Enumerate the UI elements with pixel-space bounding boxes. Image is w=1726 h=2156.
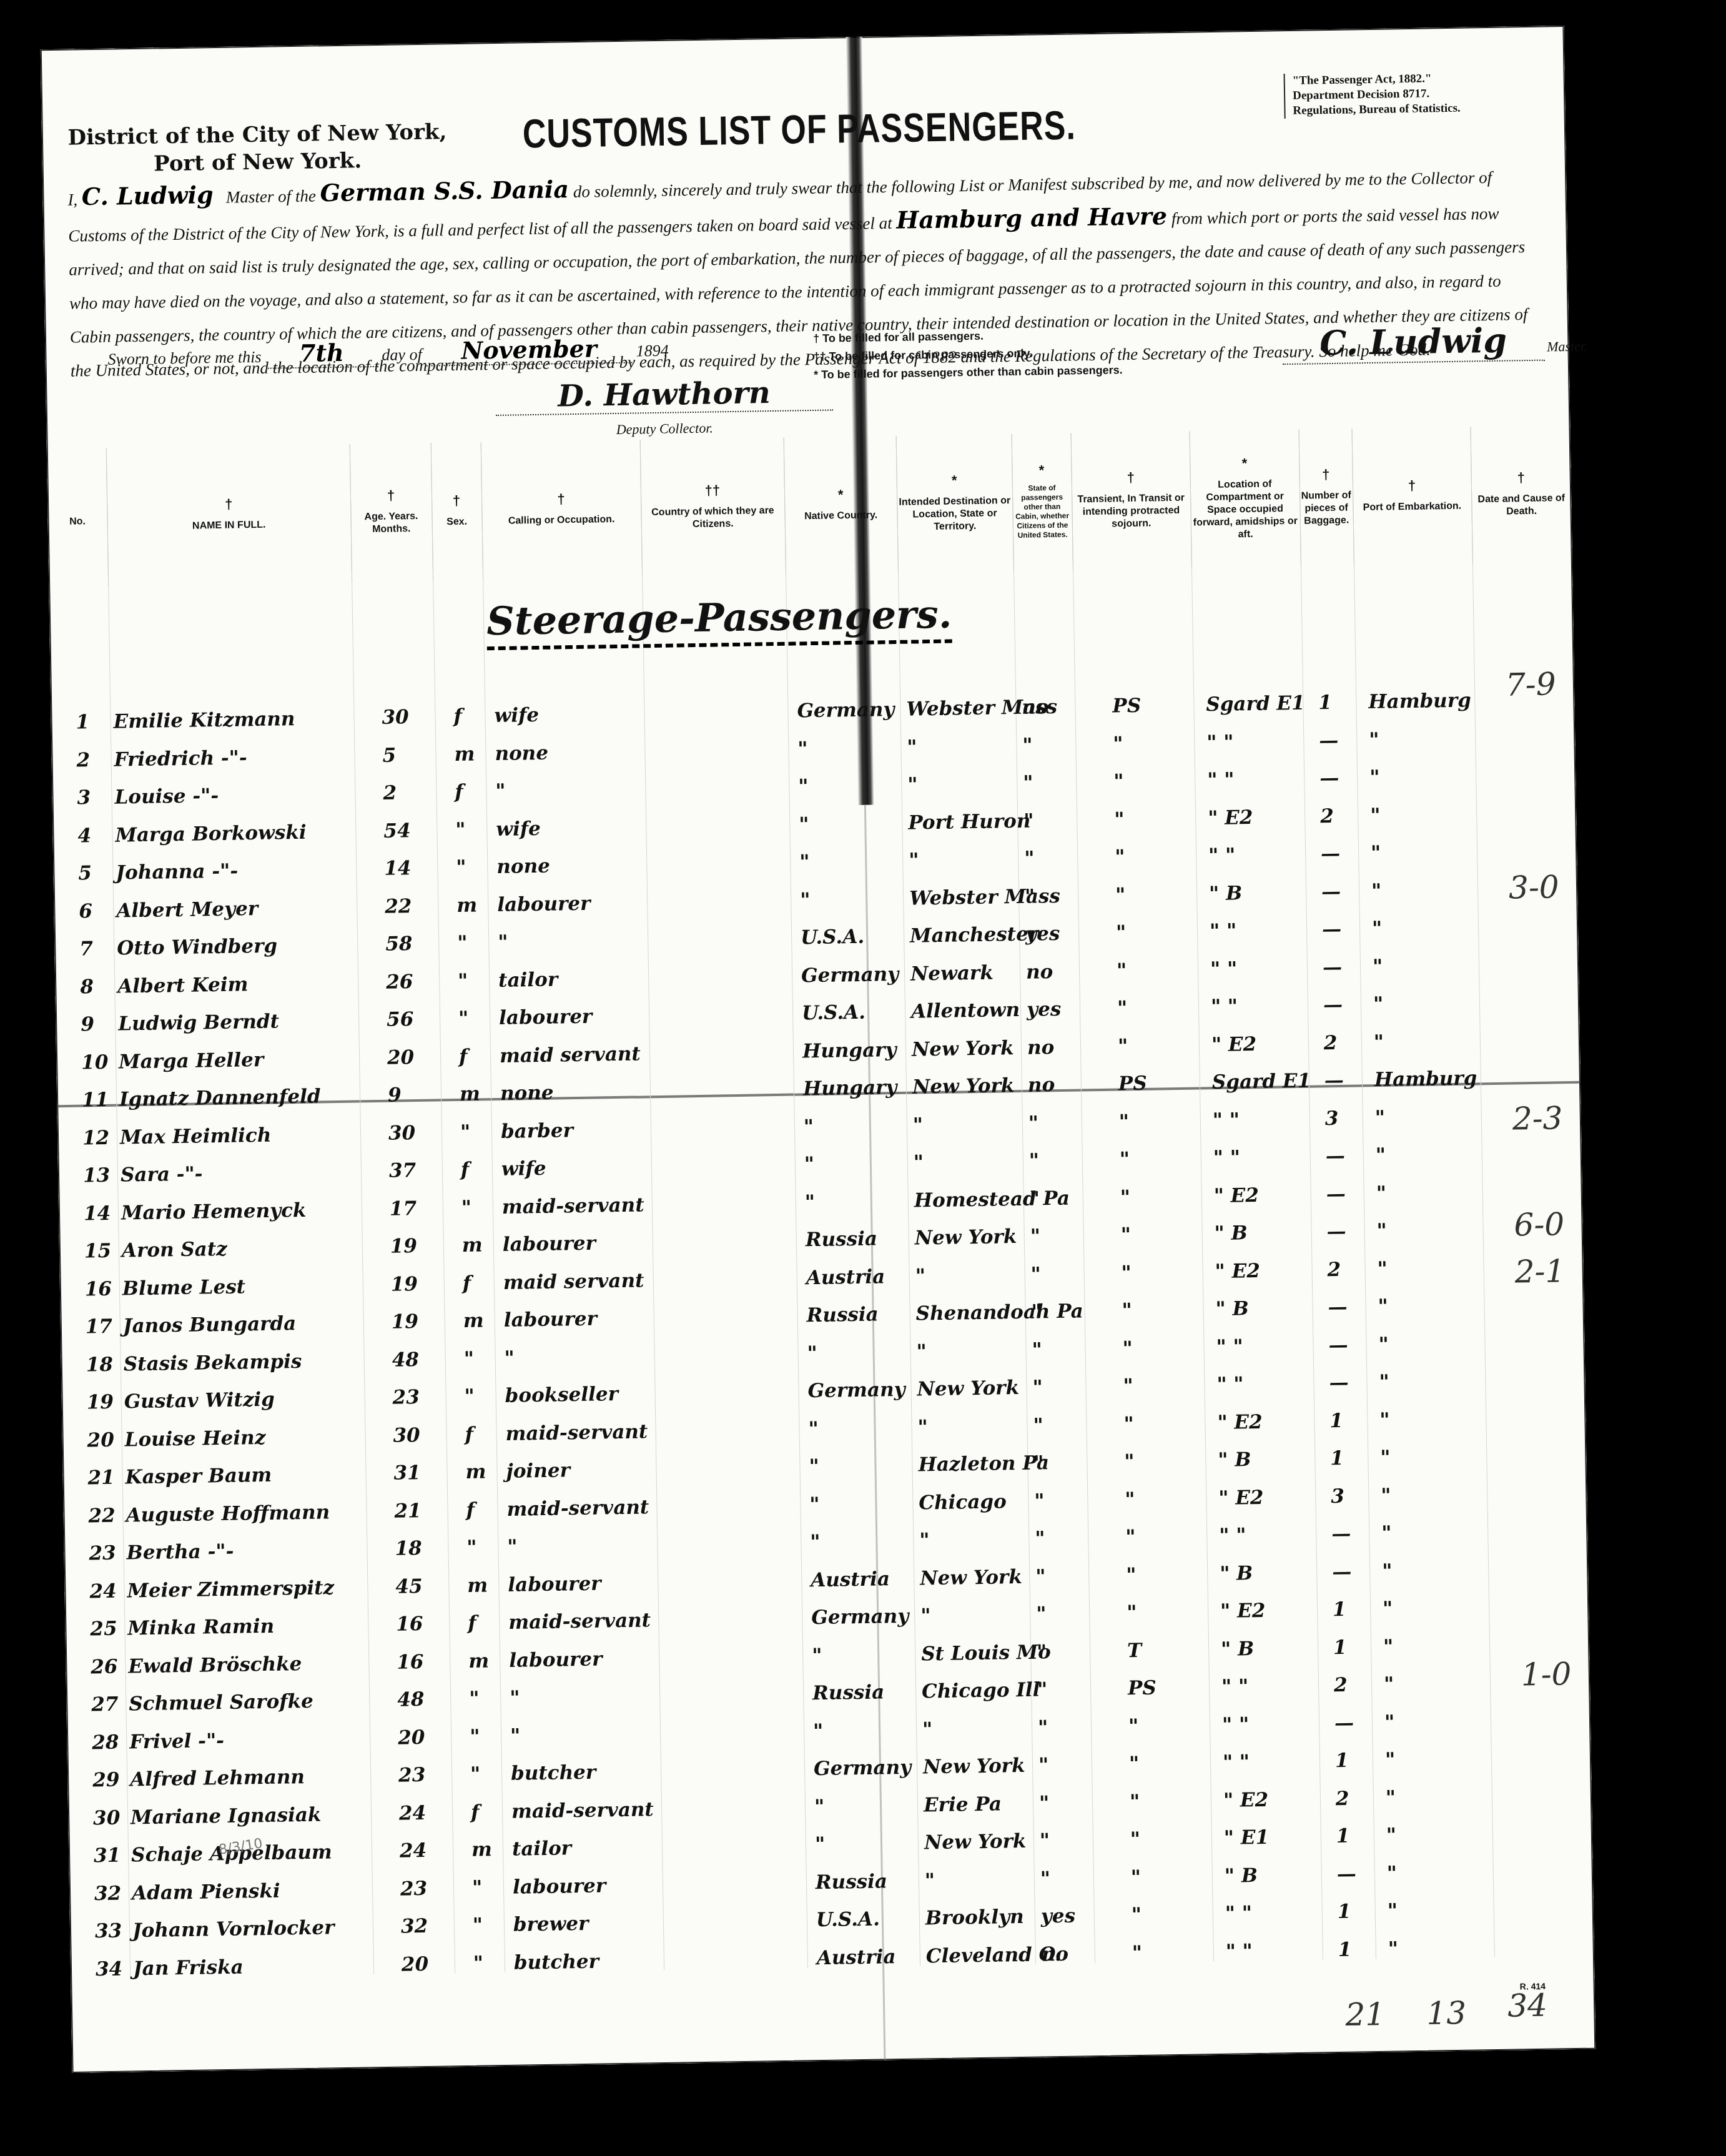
cell-sex: ": [457, 932, 468, 954]
cell-age: 22: [385, 895, 412, 918]
cell-occupation: ": [510, 1724, 521, 1747]
col-port: †Port of Embarkation.: [1351, 427, 1472, 566]
cell-compartment: " E2: [1215, 1259, 1260, 1282]
cell-occupation: labourer: [513, 1874, 606, 1898]
cell-age: 16: [396, 1613, 423, 1636]
cell-destination: New York: [917, 1377, 1019, 1401]
vessel-name: German S.S. Dania: [320, 175, 569, 207]
cell-name: Ignatz Dannenfeld: [119, 1085, 321, 1111]
cell-port: ": [1380, 1446, 1391, 1469]
cell-port: ": [1375, 1106, 1386, 1129]
cell-sex: f: [471, 1801, 480, 1823]
cell-compartment: " ": [1213, 1109, 1240, 1132]
cell-compartment: " ": [1225, 1902, 1253, 1925]
cell-destination: Newark: [910, 961, 994, 985]
cell-age: 23: [398, 1764, 426, 1787]
cell-us-citizen: ": [1024, 848, 1035, 870]
cell-occupation: labourer: [497, 892, 591, 916]
field-legend: † To be filled for all passengers. †† To…: [813, 325, 1123, 384]
cell-sex: ": [469, 1688, 480, 1710]
act-references: "The Passenger Act, 1882." Department De…: [1284, 71, 1461, 119]
cell-baggage: 2: [1334, 1674, 1348, 1696]
cell-us-citizen: ": [1030, 1187, 1040, 1210]
cell-native-country: ": [805, 1191, 816, 1214]
cell-baggage: —: [1329, 1372, 1349, 1394]
cell-us-citizen: ": [1033, 1451, 1044, 1474]
cell-no: 14: [84, 1202, 111, 1225]
cell-compartment: " E2: [1223, 1788, 1269, 1811]
cell-us-citizen: no: [1042, 1942, 1069, 1966]
cell-name: Jan Friska: [133, 1956, 244, 1980]
cell-no: 24: [89, 1580, 117, 1603]
cell-port: ": [1386, 1824, 1397, 1847]
cell-no: 29: [92, 1769, 120, 1792]
master-signature: C. Ludwig Master.: [1213, 319, 1588, 366]
cell-us-citizen: ": [1023, 809, 1034, 832]
cell-age: 24: [400, 1839, 427, 1862]
cell-compartment: " B: [1220, 1562, 1253, 1585]
cell-compartment: Sgard E1: [1212, 1070, 1311, 1094]
page-title: CUSTOMS LIST OF PASSENGERS.: [522, 102, 1076, 158]
cell-age: 19: [390, 1235, 418, 1258]
cell-baggage: —: [1323, 994, 1343, 1016]
cell-destination: Brooklyn: [925, 1906, 1024, 1929]
cell-transient: PS: [1118, 1072, 1147, 1095]
cell-baggage: —: [1326, 1182, 1346, 1205]
cell-occupation: wife: [494, 704, 539, 727]
cell-occupation: labourer: [503, 1308, 597, 1332]
cell-no: 2: [76, 749, 90, 771]
col-transient: †Transient, In Transit or intending prot…: [1071, 432, 1192, 571]
cell-us-citizen: ": [1028, 1112, 1039, 1134]
cell-transient: ": [1119, 1110, 1130, 1133]
cell-port: ": [1381, 1522, 1392, 1545]
sworn-day: 7th: [265, 338, 378, 369]
cell-port: ": [1373, 955, 1383, 977]
cell-port: ": [1370, 804, 1381, 826]
cell-sex: m: [467, 1574, 488, 1597]
cell-destination: New York: [912, 1074, 1015, 1099]
cell-us-citizen: no: [1022, 696, 1049, 719]
cell-baggage: 1: [1330, 1447, 1344, 1470]
cell-occupation: butcher: [514, 1950, 599, 1974]
cell-baggage: 1: [1329, 1409, 1343, 1432]
cell-port: ": [1376, 1220, 1387, 1242]
cell-baggage: 2: [1320, 804, 1334, 827]
cell-no: 11: [82, 1089, 109, 1112]
cell-occupation: tailor: [512, 1837, 572, 1860]
cell-native-country: Russia: [806, 1303, 879, 1327]
cell-occupation: ": [495, 780, 506, 803]
cell-baggage: 3: [1325, 1107, 1339, 1129]
cell-baggage: 2: [1324, 1031, 1338, 1054]
cell-name: Marga Borkowski: [115, 821, 307, 846]
cell-age: 19: [391, 1273, 418, 1296]
cell-age: 18: [395, 1537, 422, 1560]
cell-transient: ": [1132, 1942, 1143, 1964]
cell-name: Kasper Baum: [125, 1464, 272, 1489]
cell-baggage: —: [1321, 880, 1341, 902]
cell-destination: New York: [920, 1565, 1022, 1590]
cell-sex: ": [473, 1914, 483, 1937]
cell-no: 23: [89, 1542, 116, 1565]
cell-name: Albert Keim: [117, 973, 249, 997]
cell-name: Louise -"-: [114, 784, 219, 809]
cell-occupation: labourer: [503, 1232, 596, 1256]
cell-age: 19: [391, 1310, 418, 1333]
cell-us-citizen: ": [1030, 1263, 1041, 1285]
col-baggage: †Number of pieces of Baggage.: [1299, 428, 1354, 566]
cell-native-country: ": [799, 813, 809, 836]
sworn-month: November: [426, 334, 633, 367]
cell-transient: ": [1115, 884, 1126, 906]
cell-transient: ": [1120, 1148, 1130, 1170]
cell-occupation: wife: [501, 1157, 546, 1180]
cell-us-citizen: yes: [1027, 998, 1062, 1021]
cell-destination: Allentown: [911, 999, 1020, 1023]
cell-us-citizen: yes: [1041, 1905, 1076, 1928]
cell-compartment: " ": [1225, 1940, 1253, 1963]
cell-baggage: 1: [1333, 1598, 1346, 1621]
cell-sex: m: [460, 1083, 480, 1106]
col-no: No.: [47, 448, 109, 586]
cell-transient: PS: [1112, 695, 1141, 718]
cell-transient: ": [1113, 770, 1124, 793]
cell-sex: f: [453, 705, 462, 728]
cell-port: ": [1385, 1749, 1396, 1771]
cell-baggage: —: [1328, 1296, 1348, 1318]
cell-baggage: —: [1324, 1069, 1344, 1092]
cell-native-country: U.S.A.: [802, 1001, 865, 1025]
cell-transient: ": [1129, 1753, 1140, 1775]
cell-baggage: —: [1334, 1711, 1354, 1734]
cell-compartment: " B: [1215, 1297, 1249, 1320]
col-occupation: †Calling or Occupation.: [481, 440, 643, 580]
cell-port: ": [1378, 1295, 1388, 1318]
cell-baggage: 1: [1335, 1749, 1349, 1772]
cell-transient: T: [1127, 1639, 1142, 1661]
cell-us-citizen: ": [1038, 1716, 1048, 1739]
margin-tally: 2-3: [1512, 1100, 1562, 1137]
cell-age: 37: [389, 1159, 417, 1182]
cell-age: 20: [398, 1726, 425, 1749]
col-citizenship: ††Country of which they are Citizens.: [640, 438, 786, 578]
cell-name: Auguste Hoffmann: [126, 1501, 330, 1526]
cell-no: 19: [86, 1391, 114, 1414]
cell-native-country: ": [804, 1153, 815, 1175]
cell-sex: ": [461, 1196, 472, 1219]
cell-occupation: ": [504, 1347, 515, 1369]
cell-baggage: 1: [1338, 1938, 1351, 1961]
cell-no: 20: [87, 1428, 114, 1451]
cell-name: Janos Bungarda: [123, 1312, 297, 1337]
cell-sex: ": [473, 1952, 484, 1974]
cell-name: Alfred Lehmann: [130, 1766, 305, 1791]
cell-no: 18: [86, 1353, 114, 1376]
cell-occupation: joiner: [506, 1459, 570, 1483]
section-title: Steerage-Passengers.: [486, 591, 952, 651]
cell-native-country: U.S.A.: [801, 926, 864, 949]
cell-name: Bertha -"-: [126, 1540, 234, 1565]
margin-tally: 2-1: [1514, 1253, 1565, 1290]
cell-no: 30: [93, 1806, 121, 1829]
cell-native-country: Hungary: [802, 1039, 897, 1062]
cell-sex: ": [464, 1385, 475, 1408]
cell-transient: ": [1115, 846, 1125, 868]
cell-destination: ": [915, 1265, 925, 1287]
cell-sex: ": [458, 1007, 469, 1030]
cell-us-citizen: ": [1030, 1225, 1040, 1247]
cell-no: 3: [77, 786, 91, 809]
cell-occupation: maid-servant: [506, 1496, 649, 1521]
cell-sex: m: [468, 1649, 489, 1673]
cell-transient: ": [1121, 1262, 1132, 1284]
cell-compartment: " B: [1214, 1222, 1248, 1245]
cell-port: ": [1382, 1560, 1393, 1582]
cell-us-citizen: ": [1023, 772, 1033, 794]
cell-native-country: ": [813, 1720, 824, 1743]
cell-transient: ": [1113, 733, 1123, 755]
cell-compartment: " B: [1225, 1864, 1258, 1887]
cell-us-citizen: yes: [1025, 922, 1060, 946]
col-name: †NAME IN FULL.: [106, 445, 352, 586]
cell-compartment: " B: [1209, 882, 1243, 905]
cell-transient: ": [1132, 1904, 1142, 1926]
cell-us-citizen: ": [1037, 1678, 1048, 1701]
cell-us-citizen: no: [1027, 1036, 1055, 1059]
cell-destination: ": [916, 1340, 927, 1363]
cell-occupation: butcher: [511, 1761, 596, 1785]
cell-us-citizen: ": [1032, 1338, 1042, 1361]
footer-total-b: 13: [1426, 1995, 1467, 2032]
cell-native-country: ": [807, 1342, 817, 1365]
cell-transient: ": [1125, 1488, 1135, 1511]
cell-baggage: 3: [1331, 1485, 1344, 1507]
cell-us-citizen: ": [1037, 1641, 1047, 1663]
cell-baggage: —: [1322, 918, 1342, 941]
cell-sex: m: [471, 1838, 492, 1861]
cell-compartment: " ": [1223, 1751, 1250, 1774]
cell-compartment: Sgard E1: [1206, 692, 1305, 716]
cell-occupation: wife: [496, 817, 541, 840]
cell-no: 33: [95, 1920, 122, 1943]
cell-destination: Homestead Pa: [914, 1187, 1070, 1212]
cell-occupation: ": [507, 1536, 518, 1558]
cell-baggage: —: [1321, 843, 1341, 865]
cell-baggage: —: [1328, 1333, 1348, 1356]
cell-native-country: ": [815, 1833, 826, 1856]
cell-transient: ": [1123, 1413, 1134, 1435]
cell-port: ": [1388, 1937, 1398, 1960]
district-heading: District of the City of New York, Port o…: [67, 118, 448, 179]
cell-no: 9: [81, 1013, 94, 1036]
cell-name: Blume Lest: [122, 1275, 246, 1300]
cell-age: 45: [395, 1575, 423, 1598]
cell-native-country: ": [804, 1115, 814, 1138]
cell-sex: ": [458, 969, 468, 992]
margin-tally: 1-0: [1521, 1656, 1571, 1693]
cell-sex: m: [454, 743, 475, 766]
cell-sex: f: [463, 1272, 471, 1294]
cell-sex: m: [463, 1309, 483, 1332]
cell-occupation: bookseller: [505, 1383, 618, 1407]
cell-occupation: none: [500, 1082, 554, 1105]
cell-age: 32: [401, 1915, 428, 1938]
cell-sex: f: [468, 1612, 476, 1634]
cell-name: Stasis Bekampis: [123, 1350, 302, 1375]
cell-destination: Port Huron: [908, 809, 1031, 834]
col-destination: *Intended Destination or Location, State…: [896, 434, 1014, 573]
cell-transient: ": [1130, 1791, 1140, 1813]
cell-sex: ": [456, 856, 466, 879]
passenger-table: 1 Emilie Kitzmann 30 f wife Germany Webs…: [51, 688, 1574, 711]
cell-us-citizen: ": [1032, 1376, 1043, 1398]
cell-sex: f: [455, 781, 463, 803]
cell-transient: ": [1118, 1035, 1128, 1057]
cell-sex: ": [463, 1347, 474, 1370]
cell-age: 2: [383, 782, 397, 804]
cell-occupation: maid-servant: [505, 1420, 648, 1445]
cell-compartment: " E2: [1218, 1486, 1264, 1509]
cell-sex: f: [466, 1498, 475, 1521]
cell-compartment: " ": [1208, 844, 1236, 867]
cell-age: 56: [387, 1008, 414, 1031]
cell-name: Gustav Witzig: [124, 1388, 275, 1413]
cell-no: 4: [77, 824, 91, 847]
cell-port: ": [1369, 728, 1379, 751]
cell-port: ": [1387, 1862, 1398, 1884]
cell-compartment: " E2: [1217, 1410, 1263, 1433]
cell-destination: ": [919, 1529, 930, 1551]
cell-occupation: labourer: [508, 1572, 601, 1596]
cell-compartment: " B: [1218, 1448, 1251, 1471]
cell-native-country: Austria: [806, 1265, 885, 1289]
cell-baggage: —: [1323, 956, 1343, 978]
cell-destination: ": [925, 1869, 935, 1892]
cell-no: 10: [81, 1051, 109, 1074]
cell-name: Sara -"-: [121, 1163, 203, 1187]
cell-name: Mario Hemenyck: [121, 1199, 307, 1224]
cell-native-country: Hungary: [803, 1076, 897, 1100]
cell-no: 32: [94, 1882, 122, 1905]
cell-transient: ": [1114, 808, 1125, 831]
cell-us-citizen: ": [1029, 1149, 1040, 1172]
cell-compartment: " ": [1216, 1335, 1243, 1358]
cell-name: Ewald Bröschke: [128, 1653, 302, 1678]
cell-native-country: Russia: [806, 1228, 878, 1252]
cell-sex: f: [461, 1159, 470, 1181]
cell-compartment: " ": [1207, 768, 1235, 791]
cell-port: ": [1372, 917, 1383, 940]
column-headers: No. †NAME IN FULL. †Age. Years. Months. …: [47, 425, 1572, 586]
cell-no: 25: [90, 1618, 117, 1641]
cell-no: 27: [91, 1693, 119, 1716]
cell-name: Schmuel Sarofke: [129, 1690, 313, 1716]
cell-occupation: maid-servant: [511, 1798, 654, 1823]
cell-native-country: ": [809, 1455, 819, 1478]
cell-transient: ": [1131, 1866, 1142, 1889]
cell-name: Johann Vornlocker: [132, 1916, 335, 1942]
cell-native-country: ": [809, 1493, 820, 1516]
cell-age: 9: [388, 1084, 402, 1106]
cell-destination: ": [922, 1718, 933, 1741]
cell-no: 8: [80, 976, 94, 998]
cell-no: 5: [78, 862, 92, 884]
cell-age: 30: [393, 1424, 420, 1447]
cell-port: ": [1381, 1484, 1391, 1506]
cell-baggage: 1: [1338, 1901, 1351, 1923]
cell-name: Johanna -"-: [116, 860, 238, 884]
cell-compartment: " E2: [1211, 1032, 1257, 1056]
cell-baggage: —: [1331, 1523, 1351, 1545]
cell-us-citizen: no: [1028, 1074, 1055, 1097]
cell-port: ": [1384, 1673, 1394, 1696]
cell-destination: ": [917, 1416, 928, 1438]
cell-destination: Chicago Ill: [922, 1679, 1040, 1703]
cell-occupation: labourer: [509, 1648, 603, 1671]
cell-destination: ": [913, 1114, 924, 1136]
cell-age: 20: [387, 1046, 415, 1069]
cell-port: ": [1384, 1711, 1395, 1733]
cell-port: ": [1371, 879, 1382, 902]
cell-native-country: ": [797, 738, 808, 760]
cell-name: Max Heimlich: [120, 1124, 272, 1149]
col-native-country: *Native Country.: [784, 436, 899, 575]
cell-sex: ": [470, 1725, 480, 1748]
margin-tally: 6-0: [1514, 1206, 1564, 1243]
cell-native-country: ": [800, 889, 811, 911]
cell-us-citizen: no: [1026, 961, 1053, 984]
cell-port: Hamburg: [1368, 690, 1471, 714]
cell-us-citizen: ": [1040, 1867, 1051, 1890]
cell-sex: m: [465, 1460, 486, 1483]
cell-name: Otto Windberg: [117, 935, 277, 960]
cell-no: 13: [83, 1164, 111, 1187]
cell-port: ": [1374, 1031, 1384, 1053]
cell-port: ": [1376, 1182, 1386, 1204]
cell-transient: ": [1117, 959, 1127, 982]
cell-no: 28: [92, 1731, 119, 1754]
cell-compartment: " ": [1221, 1675, 1249, 1698]
cell-sex: ": [455, 818, 466, 841]
cell-port: ": [1379, 1371, 1389, 1393]
page-stamp: R. 414: [1520, 1981, 1546, 1992]
cell-port: ": [1371, 842, 1381, 864]
cell-name: Aron Satz: [122, 1238, 227, 1262]
cell-name: Friedrich -"-: [114, 746, 247, 771]
cell-destination: Hazleton Pa: [918, 1451, 1049, 1476]
cell-destination: ": [907, 773, 918, 796]
cell-transient: ": [1122, 1337, 1133, 1360]
cell-age: 30: [382, 706, 409, 729]
cell-destination: New York: [923, 1754, 1025, 1779]
cell-transient: ": [1116, 921, 1127, 944]
cell-native-country: ": [799, 851, 810, 873]
cell-age: 31: [393, 1461, 421, 1485]
cell-compartment: " ": [1211, 995, 1238, 1018]
cell-destination: Shenandoah Pa: [915, 1300, 1083, 1325]
cell-no: 22: [88, 1504, 116, 1527]
cell-compartment: " ": [1213, 1146, 1241, 1169]
cell-native-country: U.S.A.: [816, 1908, 880, 1932]
cell-age: 5: [382, 744, 396, 766]
cell-compartment: " E2: [1208, 806, 1253, 829]
cell-occupation: none: [496, 855, 550, 878]
cell-port: ": [1383, 1635, 1394, 1658]
cell-no: 34: [96, 1957, 123, 1980]
cell-no: 1: [76, 711, 89, 733]
cell-transient: ": [1127, 1601, 1137, 1624]
